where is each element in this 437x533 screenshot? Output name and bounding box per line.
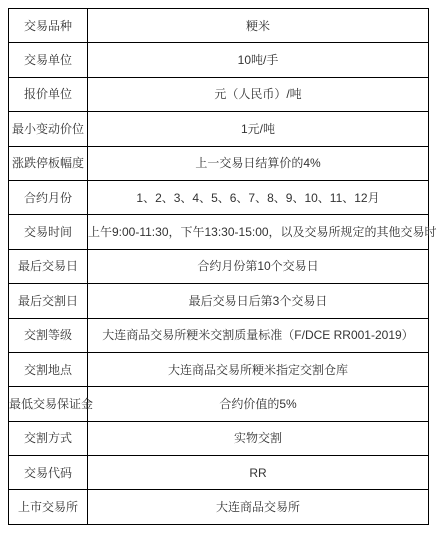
table-row: 交割等级 大连商品交易所粳米交割质量标准（F/DCE RR001-2019）	[9, 318, 429, 352]
spec-label: 报价单位	[9, 77, 88, 111]
spec-label: 上市交易所	[9, 490, 88, 525]
table-row: 交割方式 实物交割	[9, 421, 429, 455]
spec-label: 最低交易保证金	[9, 387, 88, 421]
contract-spec-table: 交易品种 粳米 交易单位 10吨/手 报价单位 元（人民币）/吨 最小变动价位 …	[8, 8, 429, 525]
table-row: 报价单位 元（人民币）/吨	[9, 77, 429, 111]
spec-label: 交易单位	[9, 43, 88, 77]
spec-label: 合约月份	[9, 180, 88, 214]
spec-value: 10吨/手	[88, 43, 429, 77]
spec-value: 1元/吨	[88, 112, 429, 146]
spec-label: 涨跌停板幅度	[9, 146, 88, 180]
spec-value: 合约月份第10个交易日	[88, 249, 429, 283]
table-row: 最小变动价位 1元/吨	[9, 112, 429, 146]
spec-label: 最后交割日	[9, 284, 88, 318]
spec-label: 最后交易日	[9, 249, 88, 283]
spec-value: 实物交割	[88, 421, 429, 455]
table-row: 交易代码 RR	[9, 456, 429, 490]
spec-label: 交易时间	[9, 215, 88, 249]
spec-label: 交易代码	[9, 456, 88, 490]
table-row: 最后交易日 合约月份第10个交易日	[9, 249, 429, 283]
spec-value: 大连商品交易所粳米交割质量标准（F/DCE RR001-2019）	[88, 318, 429, 352]
spec-label: 交割地点	[9, 352, 88, 386]
spec-value: 元（人民币）/吨	[88, 77, 429, 111]
spec-value: 合约价值的5%	[88, 387, 429, 421]
spec-value: 1、2、3、4、5、6、7、8、9、10、11、12月	[88, 180, 429, 214]
table-row: 最低交易保证金 合约价值的5%	[9, 387, 429, 421]
spec-value: RR	[88, 456, 429, 490]
spec-value: 最后交易日后第3个交易日	[88, 284, 429, 318]
spec-label: 最小变动价位	[9, 112, 88, 146]
spec-label: 交割等级	[9, 318, 88, 352]
spec-value: 上一交易日结算价的4%	[88, 146, 429, 180]
table-row: 交易时间 上午9:00-11:30，下午13:30-15:00，以及交易所规定的…	[9, 215, 429, 249]
spec-label: 交易品种	[9, 9, 88, 43]
table-row: 交易品种 粳米	[9, 9, 429, 43]
spec-value: 大连商品交易所	[88, 490, 429, 525]
table-row: 上市交易所 大连商品交易所	[9, 490, 429, 525]
spec-label: 交割方式	[9, 421, 88, 455]
table-row: 合约月份 1、2、3、4、5、6、7、8、9、10、11、12月	[9, 180, 429, 214]
table-row: 最后交割日 最后交易日后第3个交易日	[9, 284, 429, 318]
spec-value: 大连商品交易所粳米指定交割仓库	[88, 352, 429, 386]
table-row: 交易单位 10吨/手	[9, 43, 429, 77]
spec-value: 粳米	[88, 9, 429, 43]
table-row: 涨跌停板幅度 上一交易日结算价的4%	[9, 146, 429, 180]
spec-value: 上午9:00-11:30，下午13:30-15:00，以及交易所规定的其他交易时…	[88, 215, 429, 249]
table-row: 交割地点 大连商品交易所粳米指定交割仓库	[9, 352, 429, 386]
